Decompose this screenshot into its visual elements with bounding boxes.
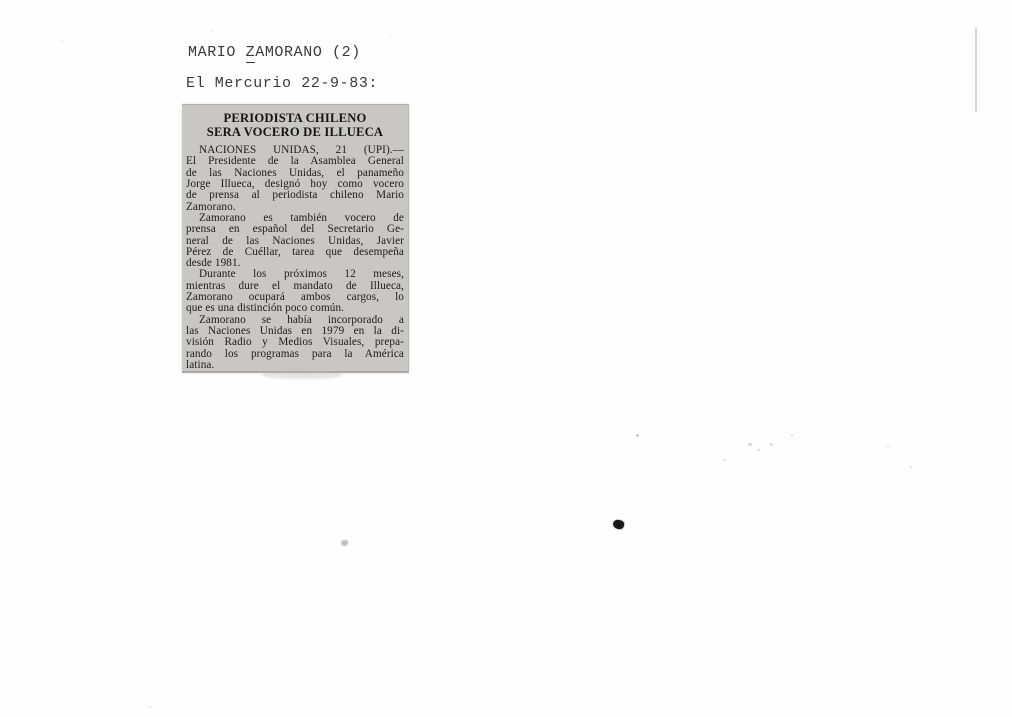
ink-blot <box>612 519 625 530</box>
article-paragraph: Durante los próximos 12 meses, mientras … <box>186 269 404 314</box>
scanner-speck <box>887 445 889 447</box>
scanner-speck <box>60 40 63 42</box>
typed-title-pre: MARIO <box>188 44 246 61</box>
scanner-speck <box>770 443 773 446</box>
typed-source-date-line: El Mercurio 22-9-83: <box>186 75 378 92</box>
article-headline: PERIODISTA CHILENO SERA VOCERO DE ILLUEC… <box>186 112 404 139</box>
typed-title-underlined-letter: Z <box>246 44 256 63</box>
article-line: prensa en español del Secretario Ge- <box>186 224 404 235</box>
pencil-smudge <box>262 371 342 379</box>
scanner-speck <box>341 540 348 546</box>
scan-edge-line <box>975 28 977 112</box>
scanner-speck <box>757 449 760 451</box>
typed-title-rest: AMORANO (2) <box>255 44 361 61</box>
scanned-document-page: MARIO ZAMORANO (2) El Mercurio 22-9-83: … <box>0 0 1012 717</box>
article-paragraph: Zamorano es también vocero de prensa en … <box>186 213 404 269</box>
article-line: visión Radio y Medios Visuales, prepa- <box>186 337 404 348</box>
article-paragraph: NACIONES UNIDAS, 21 (UPI).— El President… <box>186 145 404 213</box>
scanner-speck <box>210 30 213 32</box>
scanner-speck <box>723 459 726 461</box>
headline-line-1: PERIODISTA CHILENO <box>186 112 404 126</box>
article-body: NACIONES UNIDAS, 21 (UPI).— El President… <box>186 145 404 371</box>
scanner-speck <box>148 706 152 708</box>
article-line: de prensa al periodista chileno Mario <box>186 190 404 201</box>
scanner-speck <box>748 443 752 446</box>
newspaper-clipping: PERIODISTA CHILENO SERA VOCERO DE ILLUEC… <box>182 104 409 373</box>
scanner-speck <box>636 434 639 437</box>
article-line: latina. <box>186 360 404 371</box>
article-line: que es una distinción poco común. <box>186 303 404 314</box>
scanner-speck <box>390 35 393 37</box>
headline-line-2: SERA VOCERO DE ILLUECA <box>186 126 404 140</box>
scanner-speck <box>910 466 912 468</box>
scanner-speck <box>791 434 793 436</box>
article-line: rando los programas para la América <box>186 349 404 360</box>
article-paragraph: Zamorano se había incorporado a las Naci… <box>186 315 404 371</box>
typed-title-line: MARIO ZAMORANO (2) <box>188 44 361 61</box>
